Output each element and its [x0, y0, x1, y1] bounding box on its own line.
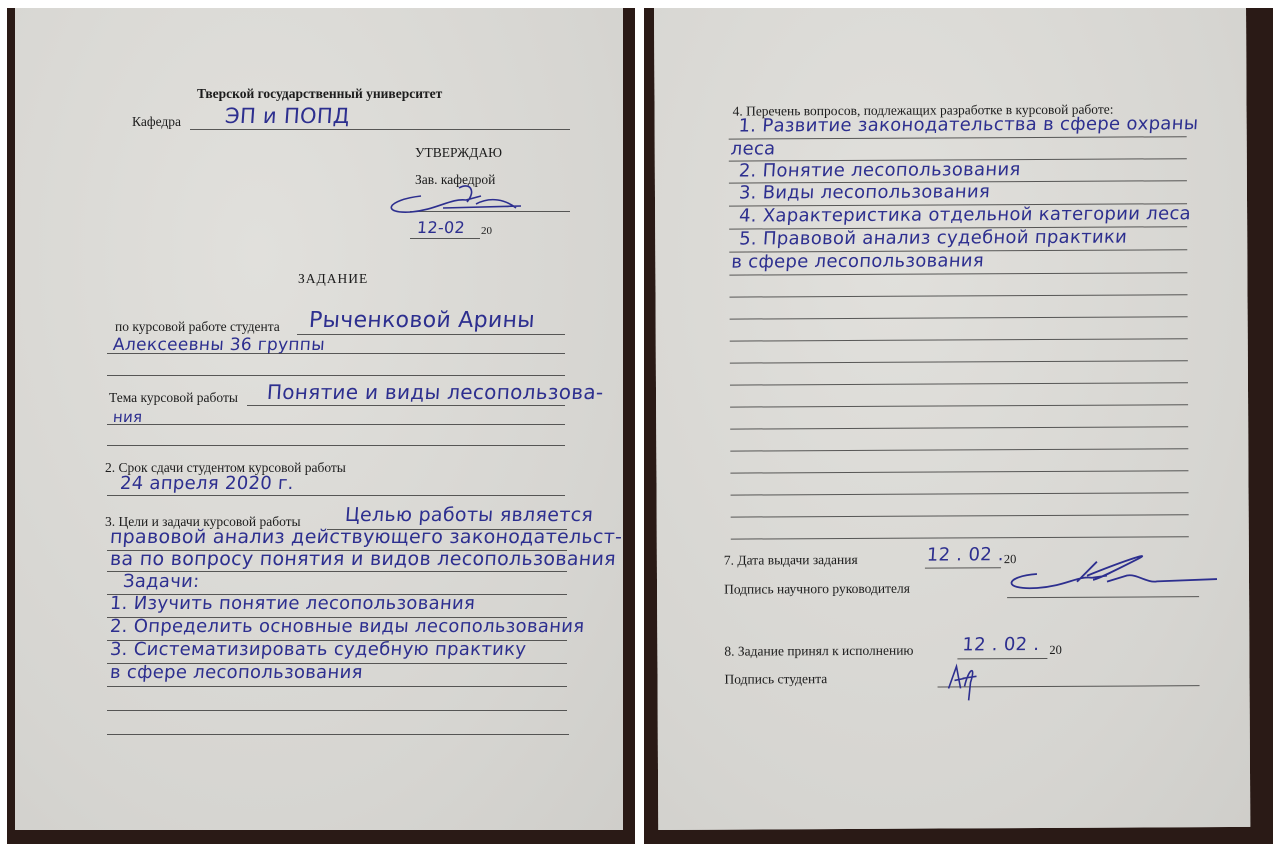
question-text-7: в сфере лесопользования: [731, 250, 985, 272]
deadline-line: [107, 495, 565, 496]
department-label: Кафедра: [132, 114, 181, 130]
head-signature-icon: [381, 178, 531, 218]
blank-line-6: [730, 404, 1188, 407]
question-line-1: [729, 136, 1187, 139]
question-text-4: 3. Виды лесопользования: [738, 181, 990, 203]
approve-heading: УТВЕРЖДАЮ: [415, 145, 502, 161]
student-line-1: [297, 334, 565, 335]
right-page-photo: 4. Перечень вопросов, подлежащих разрабо…: [644, 8, 1273, 844]
accepted-date-value: 12 . 02 .: [962, 634, 1040, 655]
goals-line-8: [107, 710, 567, 711]
topic-line1: Понятие и виды лесопользова-: [266, 380, 604, 404]
blank-line-12: [731, 536, 1189, 539]
issue-date-value: 12 . 02 .: [926, 544, 1004, 565]
blank-line-10: [731, 492, 1189, 495]
topic-line-2: [107, 424, 565, 425]
goals-text-8: в сфере лесопользования: [109, 662, 363, 683]
left-page-photo: Тверской государственный университет Каф…: [7, 8, 635, 844]
question-text-2: леса: [730, 138, 776, 159]
goals-text-4: Задачи:: [122, 571, 200, 592]
blank-line-8: [730, 448, 1188, 451]
assignment-page-2: 4. Перечень вопросов, подлежащих разрабо…: [654, 8, 1250, 830]
question-text-6: 5. Правовой анализ судебной практики: [739, 227, 1128, 250]
goals-text-6: 2. Определить основные виды лесопользова…: [109, 616, 585, 637]
deadline-value: 24 апреля 2020 г.: [119, 473, 294, 494]
goals-line-7: [107, 686, 567, 687]
blank-line-9: [730, 470, 1188, 473]
assignment-page-1: Тверской государственный университет Каф…: [15, 8, 623, 830]
supervisor-signature-icon: [997, 545, 1227, 596]
goals-line-9: [107, 734, 569, 735]
approve-year: 20: [481, 225, 492, 237]
goals-text-5: 1. Изучить понятие лесопользования: [109, 593, 476, 614]
document-title: ЗАДАНИЕ: [298, 271, 368, 287]
question-text-5: 4. Характеристика отдельной категории ле…: [738, 203, 1191, 226]
question-line-7: [729, 272, 1187, 275]
approve-date-line: [410, 238, 480, 239]
department-line: [190, 129, 570, 130]
student-line-2: [107, 353, 565, 354]
topic-label: Тема курсовой работы: [109, 390, 238, 406]
blank-line-3: [730, 338, 1188, 341]
question-text-3: 2. Понятие лесопользования: [738, 159, 1021, 181]
goals-text-3: ва по вопросу понятия и видов лесопользо…: [109, 548, 616, 570]
student-label: по курсовой работе студента: [115, 319, 280, 335]
student-line-3: [107, 375, 565, 376]
topic-line-3: [107, 445, 565, 446]
blank-line-2: [730, 316, 1188, 319]
issue-date-line: [925, 567, 1001, 568]
blank-line-11: [731, 514, 1189, 517]
department-value: ЭП и ПОПД: [224, 104, 350, 128]
supervisor-signature-label: Подпись научного руководителя: [724, 581, 910, 598]
issue-date-label: 7. Дата выдачи задания: [724, 552, 858, 569]
goals-text-7: 3. Систематизировать судебную практику: [109, 639, 527, 660]
goals-text-1: Целью работы является: [344, 504, 594, 526]
student-name-line2: Алексеевны 36 группы: [112, 335, 325, 355]
student-name-line1: Рыченковой Арины: [308, 308, 536, 333]
supervisor-signature-line: [1007, 596, 1199, 598]
university-name: Тверской государственный университет: [197, 86, 442, 102]
student-signature-label: Подпись студента: [724, 671, 827, 688]
blank-line-1: [730, 294, 1188, 297]
goals-text-2: правовой анализ действующего законодател…: [109, 526, 623, 548]
blank-line-7: [730, 426, 1188, 429]
blank-line-5: [730, 382, 1188, 385]
student-signature-icon: [942, 658, 982, 704]
blank-line-4: [730, 360, 1188, 363]
approve-date: 12-02: [416, 218, 465, 237]
topic-line-1: [247, 405, 565, 406]
accepted-year: 20: [1049, 643, 1062, 658]
accepted-label: 8. Задание принял к исполнению: [724, 643, 913, 660]
question-text-1: 1. Развитие законодательства в сфере охр…: [738, 113, 1199, 136]
